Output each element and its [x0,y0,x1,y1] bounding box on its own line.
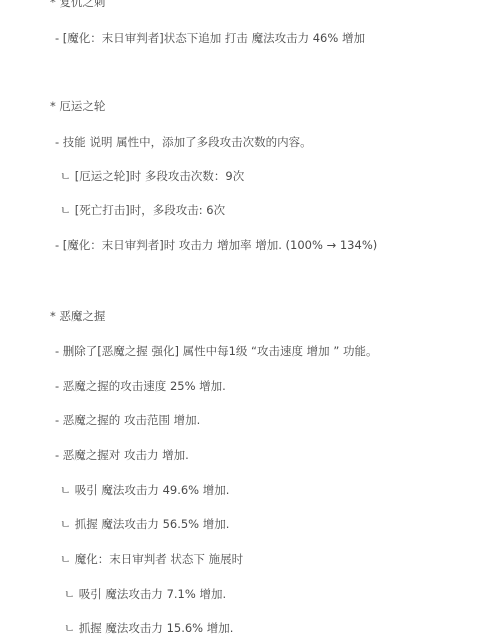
section-title-demon-grip: * 恶魔之握 [50,308,105,324]
note-line: - 恶魔之握的攻击速度 25% 增加. [55,378,226,394]
note-line: - [魔化：末日审判者]状态下追加 打击 魔法攻击力 46% 增加 [55,30,365,46]
section-title-wheel-of-doom: * 厄运之轮 [50,98,105,114]
note-subline: ㄴ 抓握 魔法攻击力 56.5% 增加. [60,516,229,532]
note-subline: ㄴ [厄运之轮]时 多段攻击次数：9次 [60,168,244,184]
note-subline: ㄴ 吸引 魔法攻击力 49.6% 增加. [60,482,229,498]
note-line: - 恶魔之握对 攻击力 增加. [55,447,189,463]
note-line: - [魔化：末日审判者]时 攻击力 增加率 增加. (100% → 134%) [55,237,377,253]
patch-notes-document: * 复仇之刺 - [魔化：末日审判者]状态下追加 打击 魔法攻击力 46% 增加… [0,0,497,644]
note-subline: ㄴ [死亡打击]时，多段攻击: 6次 [60,202,225,218]
note-line: - 恶魔之握的 攻击范围 增加. [55,412,200,428]
note-subsubline: ㄴ 吸引 魔法攻击力 7.1% 增加. [64,586,226,602]
note-line: - 删除了[恶魔之握 强化] 属性中每1级 “攻击速度 增加 ” 功能。 [55,343,377,359]
section-title-vengeance-thorn: * 复仇之刺 [50,0,105,10]
note-subsubline: ㄴ 抓握 魔法攻击力 15.6% 增加. [64,620,233,636]
note-line: - 技能 说明 属性中，添加了多段攻击次数的内容。 [55,134,312,150]
note-subline: ㄴ 魔化：末日审判者 状态下 施展时 [60,551,243,567]
